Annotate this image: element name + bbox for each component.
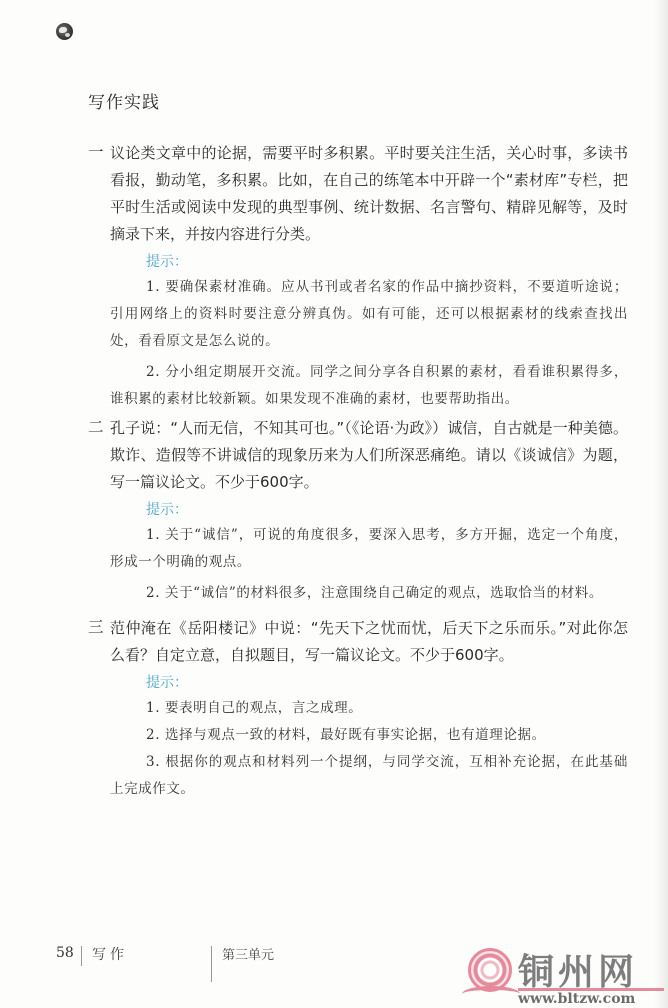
hint-label: 提示：	[146, 250, 628, 274]
footer-divider	[81, 946, 82, 966]
hint-item: 2. 关于“诚信”的材料很多，注意围绕自己确定的观点，选取恰当的材料。	[110, 580, 628, 607]
watermark-url: www.bltzw.com	[518, 991, 635, 1007]
exercise-3: 三 范仲淹在《岳阳楼记》中说：“先天下之忧而忧，后天下之乐而乐。”对此你怎么看？…	[88, 615, 628, 803]
exercise-number: 三	[88, 615, 116, 637]
exercise-number: 二	[88, 415, 116, 437]
page-edge-shadow	[654, 0, 668, 1008]
footer-divider	[211, 946, 212, 982]
hint-item: 1. 要确保素材准确。应从书刊或者名家的作品中摘抄资料，不要道听途说；引用网络上…	[110, 274, 628, 355]
page-number: 58	[56, 945, 74, 961]
hint-label: 提示：	[146, 671, 628, 695]
exercise-2: 二 孔子说：“人而无信，不知其可也。”（《论语·为政》）诚信，自古就是一种美德。…	[88, 415, 628, 607]
exercise-prompt: 议论类文章中的论据，需要平时多积累。平时要关注生活，关心时事，多读书看报，勤动笔…	[110, 140, 628, 248]
footer-section-label: 写作	[92, 944, 128, 964]
hint-item: 1. 关于“诚信”，可说的角度很多，要深入思考，多方开掘，选定一个角度，形成一个…	[110, 522, 628, 576]
hint-item: 1. 要表明自己的观点，言之成理。	[110, 695, 628, 722]
watermark-wave-icon	[462, 986, 520, 1002]
exercise-number: 一	[88, 140, 116, 162]
exercise-prompt: 范仲淹在《岳阳楼记》中说：“先天下之忧而忧，后天下之乐而乐。”对此你怎么看？自定…	[110, 615, 628, 669]
hint-label: 提示：	[146, 498, 628, 522]
globe-icon	[56, 23, 73, 40]
section-title: 写作实践	[88, 88, 160, 113]
hint-item: 2. 分小组定期展开交流。同学之间分享各自积累的素材，看看谁积累得多，谁积累的素…	[110, 359, 628, 413]
footer-unit-label: 第三单元	[222, 944, 274, 963]
exercise-1: 一 议论类文章中的论据，需要平时多积累。平时要关注生活，关心时事，多读书看报，勤…	[88, 140, 628, 413]
watermark: 铜州网 www.bltzw.com	[468, 948, 668, 1008]
textbook-page: 写作实践 一 议论类文章中的论据，需要平时多积累。平时要关注生活，关心时事，多读…	[0, 0, 668, 1008]
hint-item: 3. 根据你的观点和材料列一个提纲，与同学交流，互相补充论据，在此基础上完成作文…	[110, 749, 628, 803]
page-footer: 58 写作 第三单元 铜州网 www.bltzw.com	[0, 930, 668, 1008]
hint-item: 2. 选择与观点一致的材料，最好既有事实论据，也有道理论据。	[110, 722, 628, 749]
exercise-prompt: 孔子说：“人而无信，不知其可也。”（《论语·为政》）诚信，自古就是一种美德。欺诈…	[110, 415, 628, 496]
